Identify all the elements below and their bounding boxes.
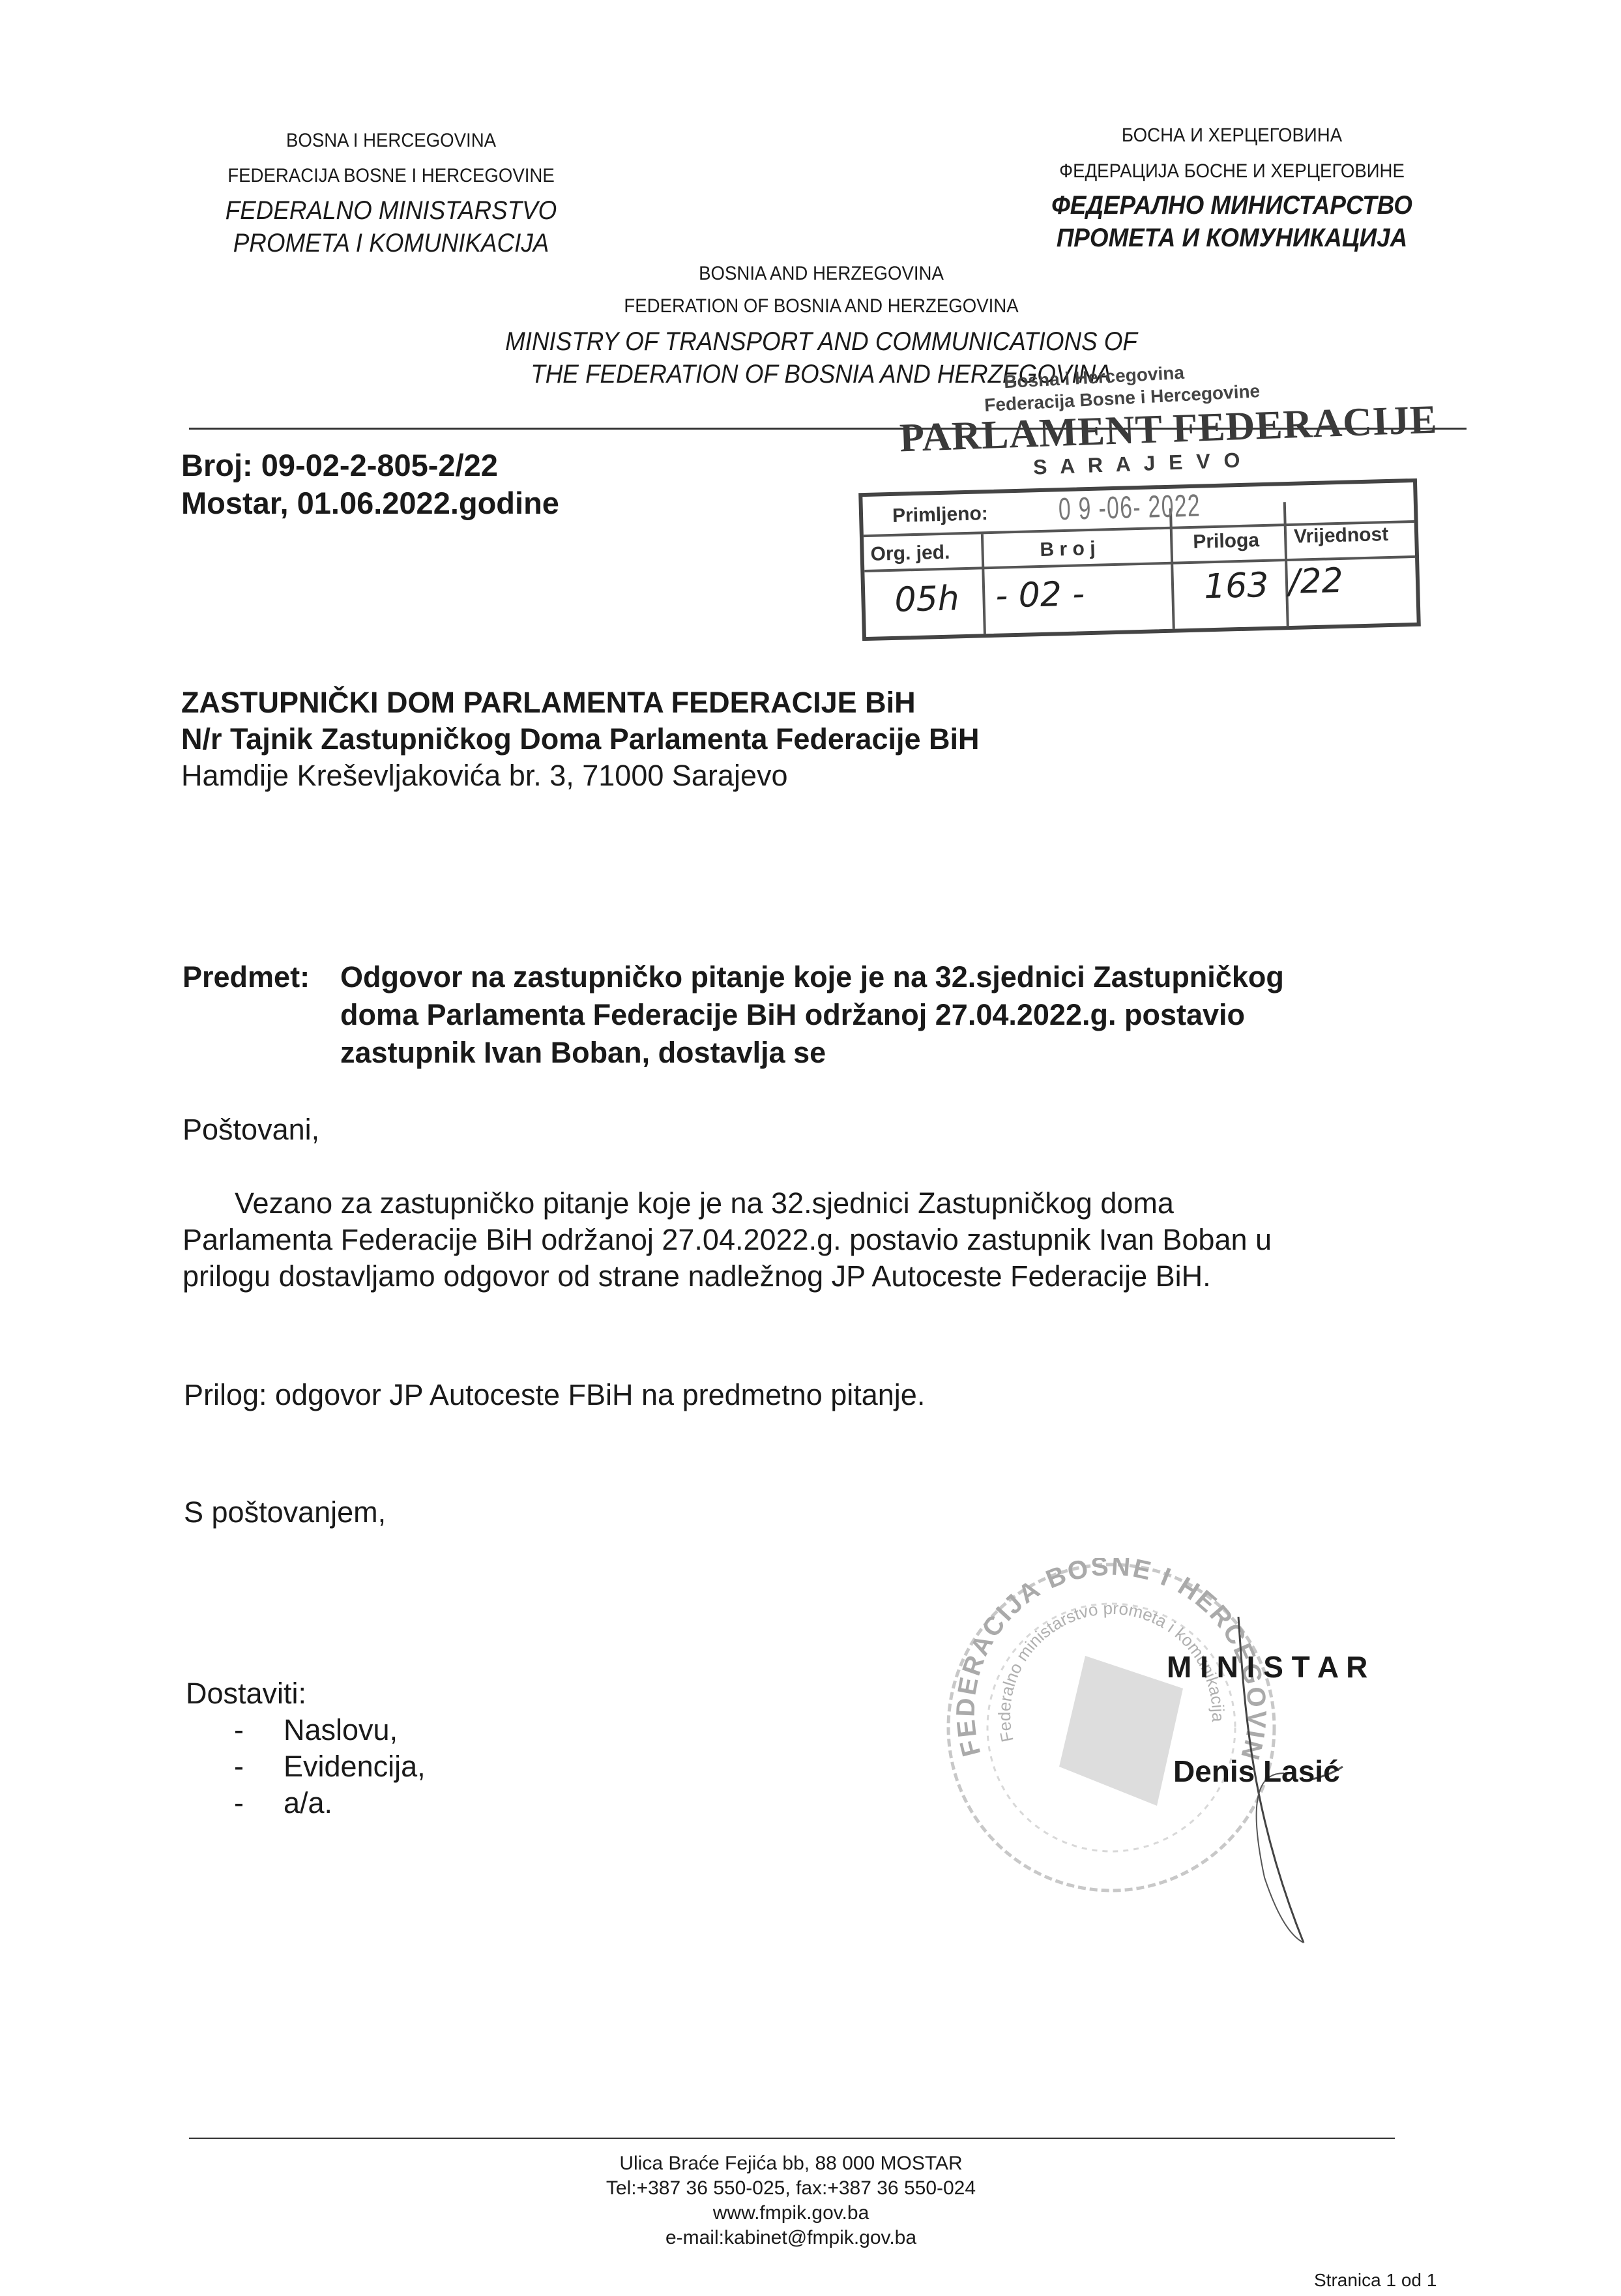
stamp-received-label: Primljeno: [892, 503, 989, 527]
attachment-note: Prilog: odgovor JP Autoceste FBiH na pre… [184, 1377, 925, 1413]
recipient-address: Hamdije Kreševljakovića br. 3, 71000 Sar… [181, 758, 980, 794]
footer-divider [189, 2138, 1395, 2139]
distribution-list: Dostaviti: - Naslovu, - Evidencija, - a/… [186, 1675, 426, 1821]
footer-address: Ulica Braće Fejića bb, 88 000 MOSTAR [0, 2151, 1601, 2176]
body-paragraph-line-3: prilogu dostavljamo odgovor od strane na… [183, 1258, 1272, 1295]
ministry-name-latin-2: PROMETA I KOMUNIKACIJA [199, 227, 583, 259]
list-item-text: Evidencija, [284, 1748, 426, 1785]
subject-block: Predmet: Odgovor na zastupničko pitanje … [183, 958, 1284, 1072]
reference-number: Broj: 09-02-2-805-2/22 [181, 447, 559, 484]
body-paragraph-line-2: Parlamenta Federacije BiH održanoj 27.04… [183, 1222, 1272, 1258]
signatory-title: M I N I S T A R [1167, 1649, 1367, 1685]
list-bullet: - [186, 1785, 284, 1821]
footer-phone-fax: Tel:+387 36 550-025, fax:+387 36 550-024 [0, 2176, 1601, 2201]
ministry-name-english-1: MINISTRY OF TRANSPORT AND COMMUNICATIONS… [461, 325, 1181, 358]
subject-label: Predmet: [183, 958, 340, 996]
footer-contact: Ulica Braće Fejića bb, 88 000 MOSTAR Tel… [0, 2151, 1601, 2250]
federation-name-cyrillic: ФЕДЕРАЦИЈА БОСНЕ И ХЕРЦЕГОВИНЕ [1022, 154, 1442, 189]
stamp-col-org-unit: Org. jed. [870, 542, 950, 566]
ministry-name-latin-1: FEDERALNO MINISTARSTVO [199, 194, 583, 227]
subject-line-1: Odgovor na zastupničko pitanje koje je n… [340, 958, 1284, 996]
footer-email: e-mail:kabinet@fmpik.gov.ba [0, 2226, 1601, 2250]
stamp-value-value: /22 [1288, 561, 1343, 602]
letterhead-left: BOSNA I HERCEGOVINA FEDERACIJA BOSNE I H… [183, 123, 600, 259]
body-paragraph: Vezano za zastupničko pitanje koje je na… [183, 1185, 1272, 1295]
country-name-cyrillic: БОСНА И ХЕРЦЕГОВИНА [1022, 117, 1442, 154]
stamp-col-divider [981, 534, 986, 634]
footer-website: www.fmpik.gov.ba [0, 2201, 1601, 2226]
ministry-name-cyrillic-2: ПРОМЕТА И КОМУНИКАЦИЈА [1022, 222, 1442, 254]
recipient-attention: N/r Tajnik Zastupničkog Doma Parlamenta … [181, 721, 980, 758]
list-bullet: - [186, 1712, 284, 1748]
stamp-col-attachments: Priloga [1193, 529, 1260, 553]
closing: S poštovanjem, [184, 1494, 386, 1531]
reference-block: Broj: 09-02-2-805-2/22 Mostar, 01.06.202… [181, 447, 559, 522]
federation-name-english: FEDERATION OF BOSNIA AND HERZEGOVINA [461, 290, 1181, 323]
stamp-received-date: 0 9 -06- 2022 [1058, 488, 1201, 528]
recipient-institution: ZASTUPNIČKI DOM PARLAMENTA FEDERACIJE Bi… [181, 684, 980, 721]
distribution-label: Dostaviti: [186, 1675, 426, 1712]
federation-name-latin: FEDERACIJA BOSNE I HERCEGOVINE [199, 159, 583, 193]
salutation: Poštovani, [183, 1111, 319, 1148]
body-paragraph-line-1: Vezano za zastupničko pitanje koje je na… [183, 1185, 1272, 1222]
stamp-attachments-value: 163 [1203, 566, 1269, 607]
stamp-number-value: - 02 - [995, 574, 1085, 616]
country-name-english: BOSNIA AND HERZEGOVINA [461, 258, 1181, 290]
stamp-org-unit-value: 05h [894, 579, 960, 620]
list-item-text: a/a. [284, 1785, 332, 1821]
stamp-registry-table: Primljeno: 0 9 -06- 2022 Org. jed. B r o… [858, 478, 1421, 641]
signatory-name: Denis Lasić [1173, 1754, 1340, 1789]
subject-line-3: zastupnik Ivan Boban, dostavlja se [183, 1034, 1284, 1072]
ministry-name-cyrillic-1: ФЕДЕРАЛНО МИНИСТАРСТВО [1022, 189, 1442, 222]
list-item: - Naslovu, [186, 1712, 426, 1748]
subject-line-2: doma Parlamenta Federacije BiH održanoj … [183, 996, 1284, 1034]
stamp-col-value: Vrijednost [1294, 523, 1389, 548]
country-name-latin: BOSNA I HERCEGOVINA [199, 123, 583, 159]
list-item-text: Naslovu, [284, 1712, 398, 1748]
place-and-date: Mostar, 01.06.2022.godine [181, 484, 559, 522]
list-bullet: - [186, 1748, 284, 1785]
received-stamp: Bosna i Hercegovina Federacija Bosne i H… [847, 362, 1434, 655]
stamp-col-number: B r o j [1040, 538, 1096, 561]
recipient-block: ZASTUPNIČKI DOM PARLAMENTA FEDERACIJE Bi… [181, 684, 980, 794]
letterhead-right: БОСНА И ХЕРЦЕГОВИНА ФЕДЕРАЦИЈА БОСНЕ И Х… [1004, 117, 1460, 254]
list-item: - Evidencija, [186, 1748, 426, 1785]
page-number: Stranica 1 od 1 [1314, 2270, 1437, 2291]
list-item: - a/a. [186, 1785, 426, 1821]
